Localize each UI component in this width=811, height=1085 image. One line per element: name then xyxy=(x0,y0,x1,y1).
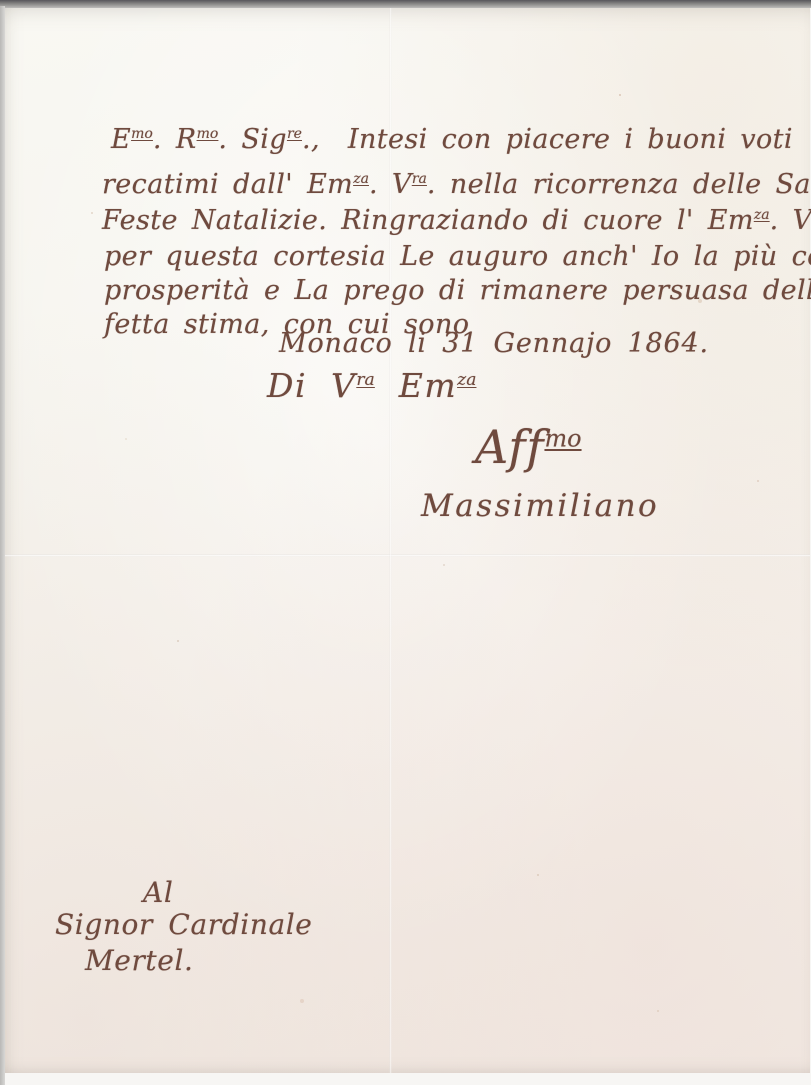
address-line-3: Mertel. xyxy=(85,944,194,977)
letter-dateline: Monaco li 31 Gennajo 1864. xyxy=(279,328,709,359)
address-line-2: Signor Cardinale xyxy=(55,908,312,941)
letter-body-line-5: prosperità e La prego di rimanere persua… xyxy=(104,275,811,306)
address-line-1: Al xyxy=(143,876,173,909)
scanned-letter-page: Emo. Rmo. Sigre., Intesi con piacere i b… xyxy=(0,0,811,1085)
letter-body-line-4: per questa cortesia Le auguro anch' Io l… xyxy=(104,241,811,272)
letter-body-line-2: recatimi dall' Emza. Vra. nella ricorren… xyxy=(102,169,811,200)
letter-body-line-3: Feste Natalizie. Ringraziando di cuore l… xyxy=(102,205,811,236)
letter-closing: Affmo xyxy=(475,420,582,474)
horizontal-fold-crease xyxy=(5,554,810,557)
letter-body-line-1: Emo. Rmo. Sigre., Intesi con piacere i b… xyxy=(111,124,793,155)
letter-paper: Emo. Rmo. Sigre., Intesi con piacere i b… xyxy=(5,8,810,1073)
letter-signature: Massimiliano xyxy=(421,488,659,524)
vertical-fold-crease xyxy=(389,8,392,1073)
scan-top-edge xyxy=(0,0,811,8)
letter-salutation: Di Vra Emza xyxy=(267,366,476,405)
paper-specks xyxy=(5,8,7,10)
